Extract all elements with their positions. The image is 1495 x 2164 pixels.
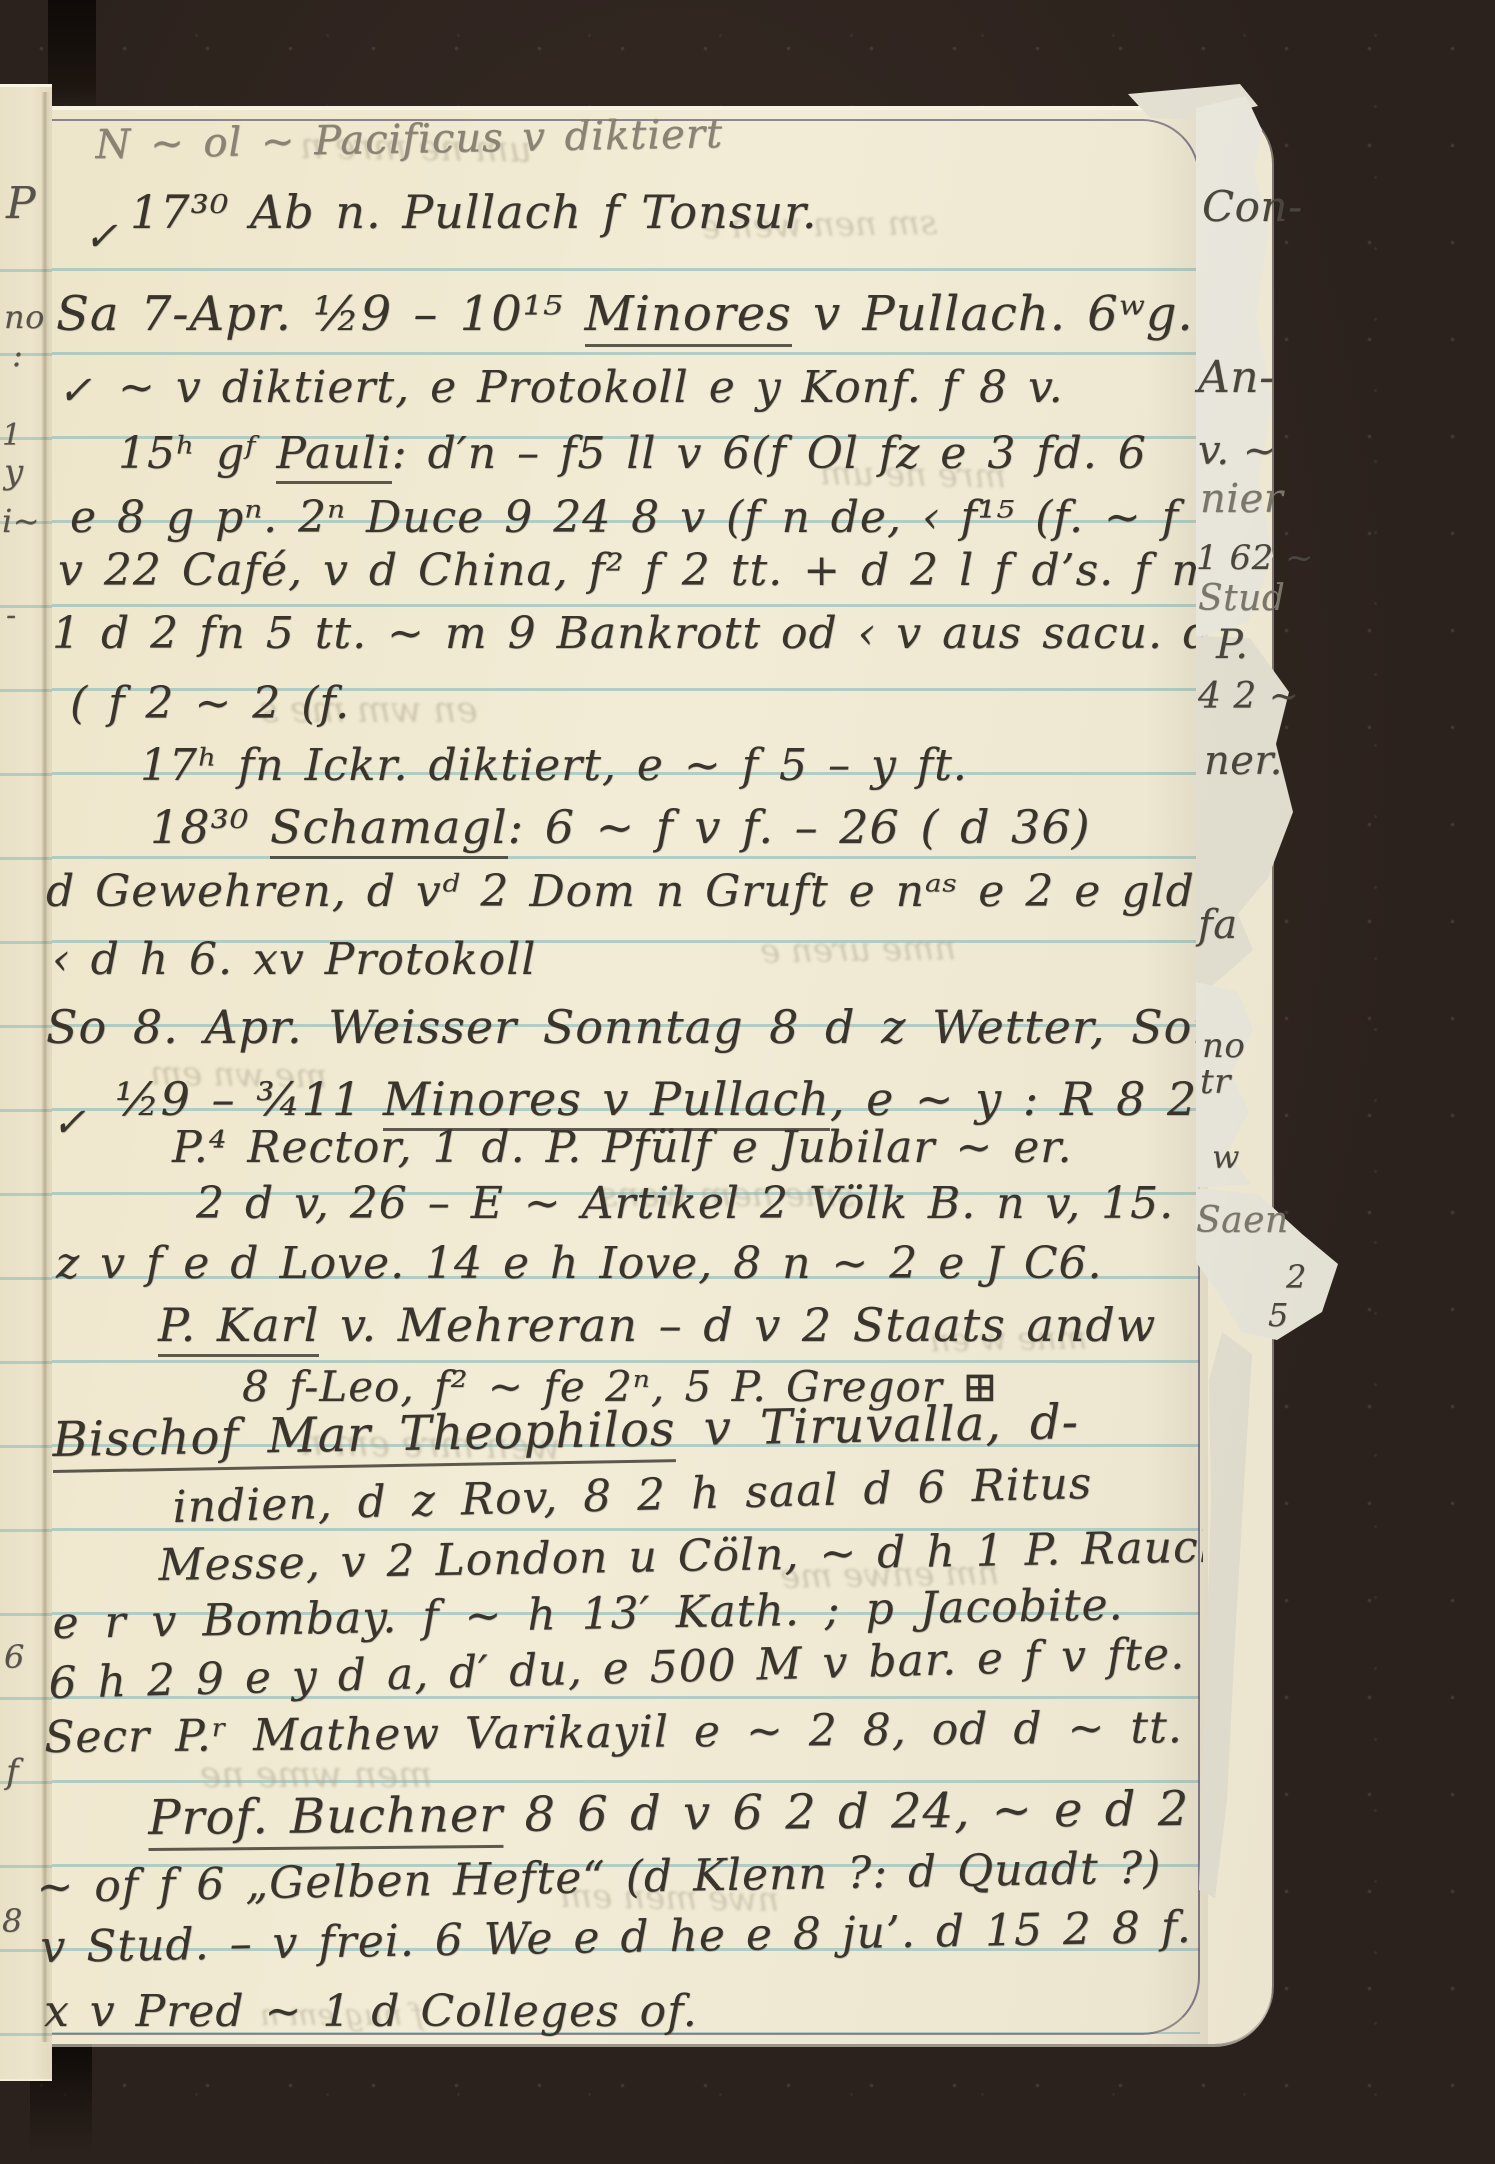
handwriting-text: i~	[2, 502, 40, 540]
handwriting-text: Con-	[1202, 182, 1303, 231]
handwriting-text: 8	[2, 1902, 23, 1940]
torn-page-text-fragment: 5	[1268, 1296, 1289, 1334]
handwriting-text: 1	[2, 418, 22, 453]
torn-page-text-fragment: v. ~	[1198, 428, 1277, 474]
torn-page-text-fragment: fa	[1198, 902, 1238, 948]
torn-page-text-fragment: P.	[1216, 622, 1249, 668]
facing-page-text-fragment: no	[4, 298, 45, 336]
handwriting-text: v. ~	[1198, 428, 1277, 474]
handwriting-text: An-	[1198, 352, 1274, 403]
torn-page-text-fragment: nier	[1200, 476, 1283, 522]
binding-crease	[41, 92, 50, 2042]
handwriting-text: tr	[1200, 1062, 1231, 1102]
handwriting-text: y	[4, 452, 24, 492]
handwriting-text: 6	[4, 1638, 25, 1676]
facing-page-text-fragment: 6	[4, 1638, 25, 1676]
torn-page-text-fragment: ner.	[1204, 738, 1283, 784]
handwriting-text: 4 2 ~	[1198, 676, 1299, 717]
torn-page-text-fragment: no	[1202, 1026, 1245, 1066]
handwriting-text: -	[6, 598, 17, 633]
handwriting-text: 2	[1286, 1258, 1307, 1296]
handwriting-text: Saen	[1196, 1200, 1289, 1241]
handwriting-text: Stud	[1198, 578, 1285, 619]
facing-page-text-fragment: -	[6, 598, 17, 633]
facing-page-text-fragment: y	[4, 452, 24, 492]
torn-page-text-fragment: tr	[1200, 1062, 1231, 1102]
handwriting-text: no	[4, 298, 45, 336]
facing-page-text-fragment: :	[12, 336, 23, 374]
torn-page-text-fragment: An-	[1198, 352, 1274, 403]
handwriting-text: no	[1202, 1026, 1245, 1066]
facing-page-text-fragment: P	[6, 178, 36, 229]
torn-page-text-fragment: 2	[1286, 1258, 1307, 1296]
torn-page-text-fragment: 4 2 ~	[1198, 676, 1299, 717]
handwriting-text: :	[12, 336, 23, 374]
facing-page-text-fragment: 1	[2, 418, 22, 453]
handwriting-text: nier	[1200, 476, 1283, 522]
handwriting-text: P	[6, 178, 36, 229]
handwriting-text: f	[6, 1752, 19, 1792]
torn-stub-text-layer: Con-An-v. ~nier1 62 ~StudP.4 2 ~ner.fano…	[0, 0, 1495, 2164]
facing-page-text-fragment: f	[6, 1752, 19, 1792]
torn-page-text-fragment: Stud	[1198, 578, 1285, 619]
handwriting-text: ner.	[1204, 738, 1283, 784]
notebook-photo: um ne mre nsm nen wen emre ne umen wm me…	[0, 0, 1495, 2164]
handwriting-text: P.	[1216, 622, 1249, 668]
torn-page-text-fragment: w	[1212, 1138, 1240, 1176]
handwriting-text: fa	[1198, 902, 1238, 948]
handwriting-text: 5	[1268, 1296, 1289, 1334]
facing-page-text-fragment: 8	[2, 1902, 23, 1940]
torn-page-text-fragment: Con-	[1202, 182, 1303, 231]
handwriting-text: 1 62 ~	[1196, 538, 1314, 578]
torn-page-text-fragment: Saen	[1196, 1200, 1289, 1241]
handwriting-text: w	[1212, 1138, 1240, 1176]
facing-page-text-fragment: i~	[2, 502, 40, 540]
torn-page-text-fragment: 1 62 ~	[1196, 538, 1314, 578]
